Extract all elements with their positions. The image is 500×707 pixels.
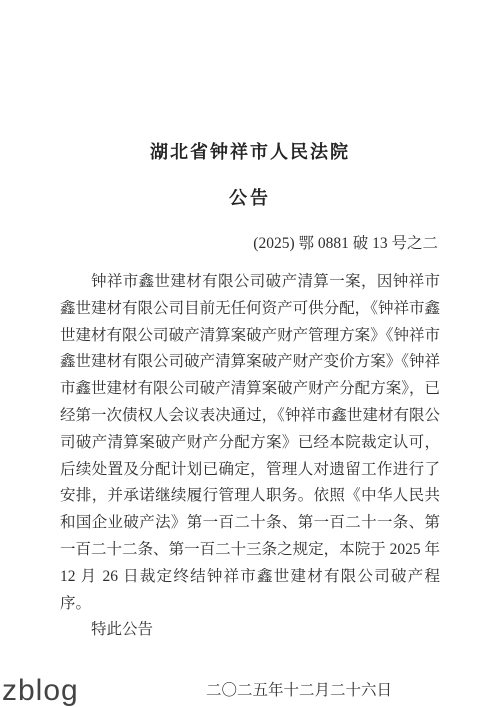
announcement-body: 钟祥市鑫世建材有限公司破产清算一案，因钟祥市鑫世建材有限公司目前无任何资产可供分… (60, 269, 440, 617)
closing-line: 特此公告 (60, 617, 440, 644)
doc-type-heading: 公告 (60, 184, 440, 210)
watermark-zblog: zblog (2, 676, 79, 706)
announcement-page: 湖北省钟祥市人民法院 公告 (2025) 鄂 0881 破 13 号之二 钟祥市… (0, 0, 500, 707)
case-number: (2025) 鄂 0881 破 13 号之二 (60, 231, 440, 253)
date-line: 二〇二五年十二月二十六日 (60, 678, 440, 700)
court-name-title: 湖北省钟祥市人民法院 (60, 138, 440, 164)
